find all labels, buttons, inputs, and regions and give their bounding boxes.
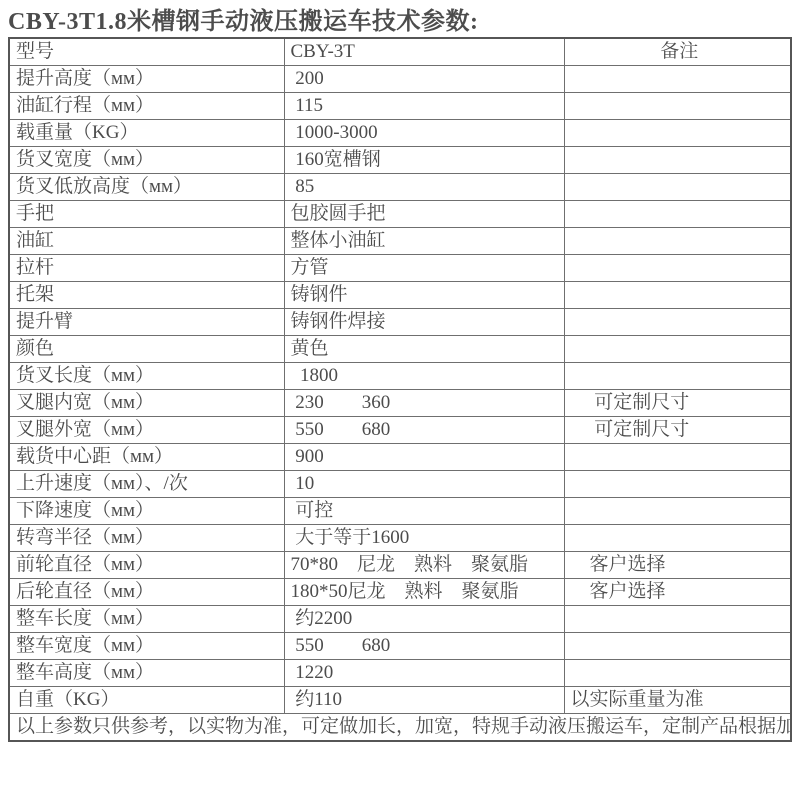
spec-label-cell: 转弯半径（мм） <box>9 525 284 552</box>
spec-remark-cell <box>564 309 791 336</box>
table-row: 下降速度（мм） 可控 <box>9 498 791 525</box>
spec-label-cell: 叉腿外宽（мм） <box>9 417 284 444</box>
spec-remark-cell: 客户选择 <box>564 579 791 606</box>
table-row: 转弯半径（мм） 大于等于1600 <box>9 525 791 552</box>
spec-value-cell: 180*50尼龙 熟料 聚氨脂 <box>284 579 564 606</box>
table-row: 货叉低放高度（мм） 85 <box>9 174 791 201</box>
table-row: 前轮直径（мм）70*80 尼龙 熟料 聚氨脂 客户选择 <box>9 552 791 579</box>
spec-label-cell: 货叉长度（мм） <box>9 363 284 390</box>
spec-remark-cell <box>564 336 791 363</box>
table-row: 叉腿外宽（мм） 550 680 可定制尺寸 <box>9 417 791 444</box>
spec-value-cell: 1800 <box>284 363 564 390</box>
table-footer-row: 以上参数只供参考，以实物为准，可定做加长，加宽，特规手动液压搬运车，定制产品根据… <box>9 714 791 742</box>
spec-remark-cell: 以实际重量为准 <box>564 687 791 714</box>
spec-remark-cell <box>564 147 791 174</box>
spec-value-cell: 200 <box>284 66 564 93</box>
spec-label-cell: 颜色 <box>9 336 284 363</box>
spec-value-cell: 铸钢件 <box>284 282 564 309</box>
spec-value-cell: 10 <box>284 471 564 498</box>
spec-remark-cell <box>564 444 791 471</box>
spec-remark-cell: 客户选择 <box>564 552 791 579</box>
spec-value-cell: 铸钢件焊接 <box>284 309 564 336</box>
spec-value-cell: 约2200 <box>284 606 564 633</box>
spec-value-cell: 方管 <box>284 255 564 282</box>
spec-label-cell: 整车宽度（мм） <box>9 633 284 660</box>
spec-label-cell: 货叉低放高度（мм） <box>9 174 284 201</box>
spec-remark-cell <box>564 660 791 687</box>
table-row: 货叉宽度（мм） 160宽槽钢 <box>9 147 791 174</box>
spec-label-cell: 托架 <box>9 282 284 309</box>
spec-label-cell: 油缸 <box>9 228 284 255</box>
spec-label-cell: 提升臂 <box>9 309 284 336</box>
table-row: 后轮直径（мм）180*50尼龙 熟料 聚氨脂 客户选择 <box>9 579 791 606</box>
table-row: 整车长度（мм） 约2200 <box>9 606 791 633</box>
spec-value-cell: 115 <box>284 93 564 120</box>
spec-remark-cell <box>564 471 791 498</box>
spec-value-cell: 1220 <box>284 660 564 687</box>
table-row: 整车宽度（мм） 550 680 <box>9 633 791 660</box>
spec-value-cell: 230 360 <box>284 390 564 417</box>
table-row: 托架铸钢件 <box>9 282 791 309</box>
spec-label-cell: 后轮直径（мм） <box>9 579 284 606</box>
table-row: 拉杆方管 <box>9 255 791 282</box>
header-remark-cell: 备注 <box>564 38 791 66</box>
spec-value-cell: 70*80 尼龙 熟料 聚氨脂 <box>284 552 564 579</box>
spec-remark-cell <box>564 525 791 552</box>
spec-remark-cell <box>564 633 791 660</box>
spec-remark-cell <box>564 66 791 93</box>
table-row: 整车高度（мм） 1220 <box>9 660 791 687</box>
spec-label-cell: 下降速度（мм） <box>9 498 284 525</box>
table-row: 油缸整体小油缸 <box>9 228 791 255</box>
spec-remark-cell <box>564 201 791 228</box>
table-row: 叉腿内宽（мм） 230 360 可定制尺寸 <box>9 390 791 417</box>
header-model-value-cell: CBY-3T <box>284 38 564 66</box>
spec-remark-cell: 可定制尺寸 <box>564 390 791 417</box>
table-row: 手把包胶圆手把 <box>9 201 791 228</box>
page-title: CBY-3T1.8米槽钢手动液压搬运车技术参数: <box>0 0 800 37</box>
table-row: 提升臂铸钢件焊接 <box>9 309 791 336</box>
spec-label-cell: 叉腿内宽（мм） <box>9 390 284 417</box>
spec-label-cell: 提升高度（мм） <box>9 66 284 93</box>
spec-value-cell: 550 680 <box>284 417 564 444</box>
spec-remark-cell <box>564 93 791 120</box>
spec-remark-cell <box>564 498 791 525</box>
spec-label-cell: 载重量（KG） <box>9 120 284 147</box>
spec-label-cell: 载货中心距（мм） <box>9 444 284 471</box>
table-header-row: 型号 CBY-3T 备注 <box>9 38 791 66</box>
spec-label-cell: 手把 <box>9 201 284 228</box>
spec-label-cell: 整车长度（мм） <box>9 606 284 633</box>
spec-value-cell: 约110 <box>284 687 564 714</box>
spec-remark-cell <box>564 255 791 282</box>
spec-label-cell: 整车高度（мм） <box>9 660 284 687</box>
spec-label-cell: 自重（KG） <box>9 687 284 714</box>
spec-value-cell: 大于等于1600 <box>284 525 564 552</box>
table-row: 油缸行程（мм） 115 <box>9 93 791 120</box>
spec-value-cell: 160宽槽钢 <box>284 147 564 174</box>
spec-value-cell: 900 <box>284 444 564 471</box>
spec-remark-cell <box>564 363 791 390</box>
table-row: 载货中心距（мм） 900 <box>9 444 791 471</box>
spec-label-cell: 拉杆 <box>9 255 284 282</box>
spec-label-cell: 油缸行程（мм） <box>9 93 284 120</box>
table-row: 提升高度（мм） 200 <box>9 66 791 93</box>
spec-value-cell: 包胶圆手把 <box>284 201 564 228</box>
table-row: 自重（KG） 约110以实际重量为准 <box>9 687 791 714</box>
spec-value-cell: 黄色 <box>284 336 564 363</box>
spec-value-cell: 1000-3000 <box>284 120 564 147</box>
spec-label-cell: 上升速度（мм）、/次 <box>9 471 284 498</box>
table-row: 上升速度（мм）、/次 10 <box>9 471 791 498</box>
spec-label-cell: 前轮直径（мм） <box>9 552 284 579</box>
spec-remark-cell <box>564 120 791 147</box>
table-row: 货叉长度（мм） 1800 <box>9 363 791 390</box>
table-row: 载重量（KG） 1000-3000 <box>9 120 791 147</box>
spec-remark-cell <box>564 174 791 201</box>
header-model-cell: 型号 <box>9 38 284 66</box>
spec-remark-cell <box>564 282 791 309</box>
spec-value-cell: 85 <box>284 174 564 201</box>
spec-table: 型号 CBY-3T 备注 提升高度（мм） 200油缸行程（мм） 115载重量… <box>8 37 792 742</box>
spec-value-cell: 可控 <box>284 498 564 525</box>
spec-value-cell: 整体小油缸 <box>284 228 564 255</box>
table-row: 颜色黄色 <box>9 336 791 363</box>
spec-label-cell: 货叉宽度（мм） <box>9 147 284 174</box>
footer-note-cell: 以上参数只供参考，以实物为准，可定做加长，加宽，特规手动液压搬运车，定制产品根据… <box>9 714 791 742</box>
spec-remark-cell <box>564 228 791 255</box>
spec-value-cell: 550 680 <box>284 633 564 660</box>
spec-remark-cell: 可定制尺寸 <box>564 417 791 444</box>
spec-remark-cell <box>564 606 791 633</box>
